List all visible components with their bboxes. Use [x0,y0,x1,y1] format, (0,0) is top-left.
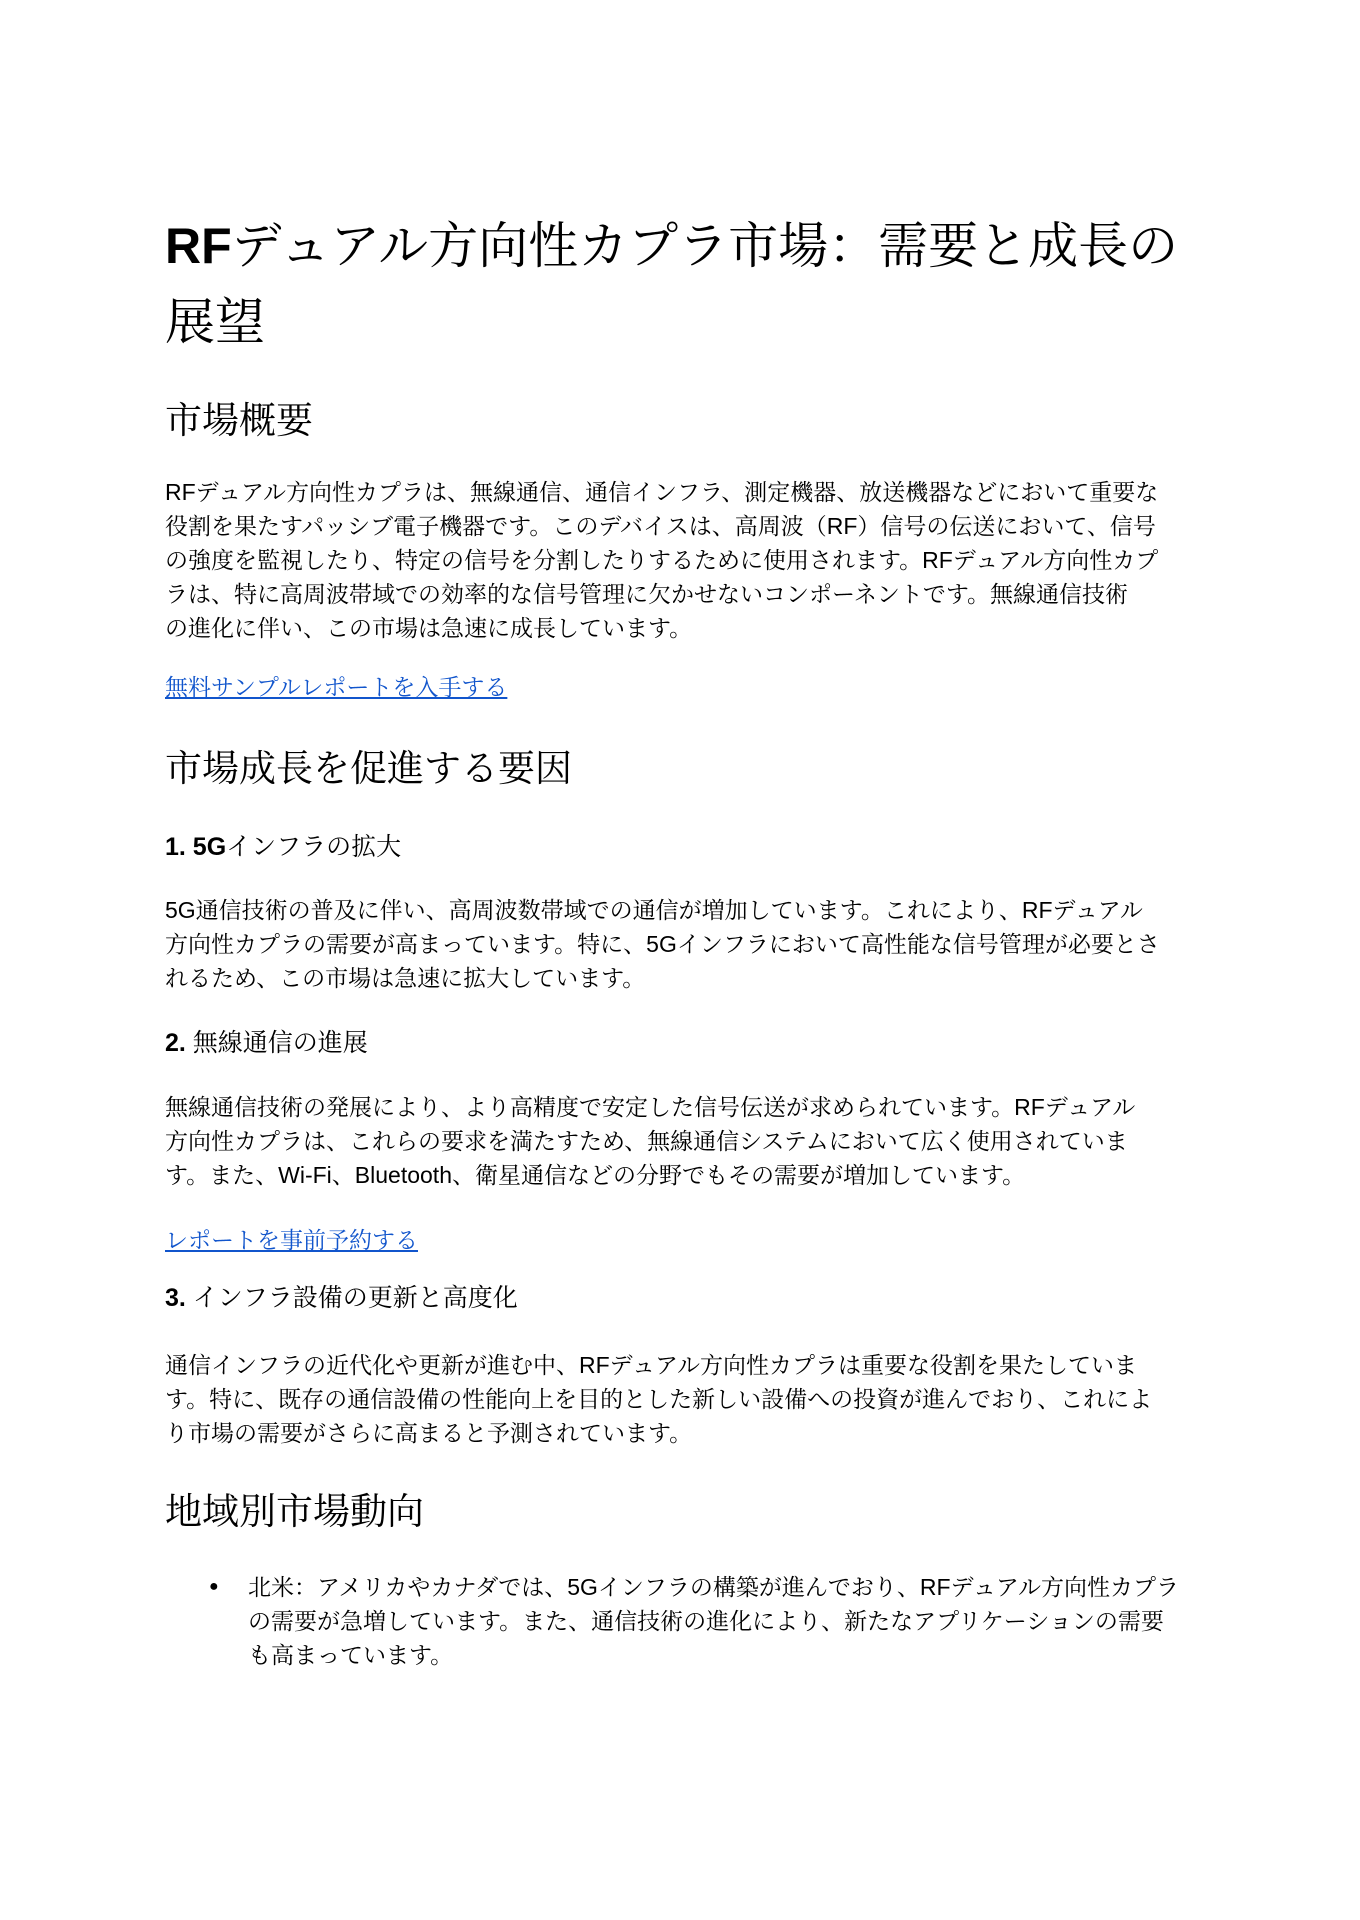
document-title-line2: 展望 [165,284,265,360]
regional-bullet-list: ● 北米：アメリカやカナダでは、5Gインフラの構築が進んでおり、RFデュアル方向… [165,1570,1179,1672]
text-line: す。特に、既存の通信設備の性能向上を目的とした新しい設備への投資が進んでおり、こ… [165,1382,1152,1416]
text-line: 方向性カプラの需要が高まっています。特に、5Gインフラにおいて高性能な信号管理が… [165,927,1160,961]
text-line: れるため、この市場は急速に拡大しています。 [165,961,1160,995]
text-line: の進化に伴い、この市場は急速に成長しています。 [165,611,1158,645]
subheading-title: インフラの拡大 [226,833,401,861]
paragraph-market-overview: RFデュアル方向性カプラは、無線通信、通信インフラ、測定機器、放送機器などにおい… [165,475,1158,645]
text-line: り市場の需要がさらに高まると予測されています。 [165,1416,1152,1450]
bullet-icon: ● [209,1570,219,1604]
text-line: の強度を監視したり、特定の信号を分割したりするために使用されます。RFデュアル方… [165,543,1158,577]
text-line: の需要が急増しています。また、通信技術の進化により、新たなアプリケーションの需要 [248,1604,1179,1638]
subheading-number: 3. [165,1284,186,1312]
free-sample-report-link[interactable]: 無料サンプルレポートを入手する [165,670,507,704]
text-line: も高まっています。 [248,1638,1179,1672]
subheading-infrastructure-upgrade: 3. インフラ設備の更新と高度化 [165,1281,518,1315]
subheading-wireless-progress: 2. 無線通信の進展 [165,1026,368,1060]
subheading-number: 2. [165,1029,186,1057]
title-line1: デュアル方向性カプラ市場：需要と成長の [232,218,1179,274]
text-line: 方向性カプラは、これらの要求を満たすため、無線通信システムにおいて広く使用されて… [165,1124,1135,1158]
subheading-title: 無線通信の進展 [186,1029,368,1057]
document-title: RFデュアル方向性カプラ市場：需要と成長の [165,208,1178,284]
text-line: ラは、特に高周波帯域での効率的な信号管理に欠かせないコンポーネントです。無線通信… [165,577,1158,611]
text-line: 無線通信技術の発展により、より高精度で安定した信号伝送が求められています。RFデ… [165,1090,1135,1124]
paragraph-wireless-progress: 無線通信技術の発展により、より高精度で安定した信号伝送が求められています。RFデ… [165,1090,1135,1192]
paragraph-infrastructure-upgrade: 通信インフラの近代化や更新が進む中、RFデュアル方向性カプラは重要な役割を果たし… [165,1348,1152,1450]
list-item-north-america: ● 北米：アメリカやカナダでは、5Gインフラの構築が進んでおり、RFデュアル方向… [165,1570,1179,1672]
text-line: 通信インフラの近代化や更新が進む中、RFデュアル方向性カプラは重要な役割を果たし… [165,1348,1152,1382]
subheading-title: インフラ設備の更新と高度化 [186,1284,518,1312]
text-line: 役割を果たすパッシブ電子機器です。このデバイスは、高周波（RF）信号の伝送におい… [165,509,1158,543]
text-line: す。また、Wi-Fi、Bluetooth、衛星通信などの分野でもその需要が増加し… [165,1158,1135,1192]
text-line: RFデュアル方向性カプラは、無線通信、通信インフラ、測定機器、放送機器などにおい… [165,475,1158,509]
heading-market-overview: 市場概要 [165,399,313,443]
pre-order-report-link[interactable]: レポートを事前予約する [165,1223,418,1257]
subheading-5g-infrastructure: 1. 5Gインフラの拡大 [165,830,401,864]
subheading-number: 1. [165,833,186,861]
paragraph-5g-infrastructure: 5G通信技術の普及に伴い、高周波数帯域での通信が増加しています。これにより、RF… [165,893,1160,995]
subheading-5g: 5G [186,833,226,861]
heading-regional-trends: 地域別市場動向 [165,1490,424,1534]
title-bold-prefix: RF [165,218,232,274]
text-line: 北米：アメリカやカナダでは、5Gインフラの構築が進んでおり、RFデュアル方向性カ… [248,1570,1179,1604]
text-line: 5G通信技術の普及に伴い、高周波数帯域での通信が増加しています。これにより、RF… [165,893,1160,927]
heading-growth-drivers: 市場成長を促進する要因 [165,747,572,791]
